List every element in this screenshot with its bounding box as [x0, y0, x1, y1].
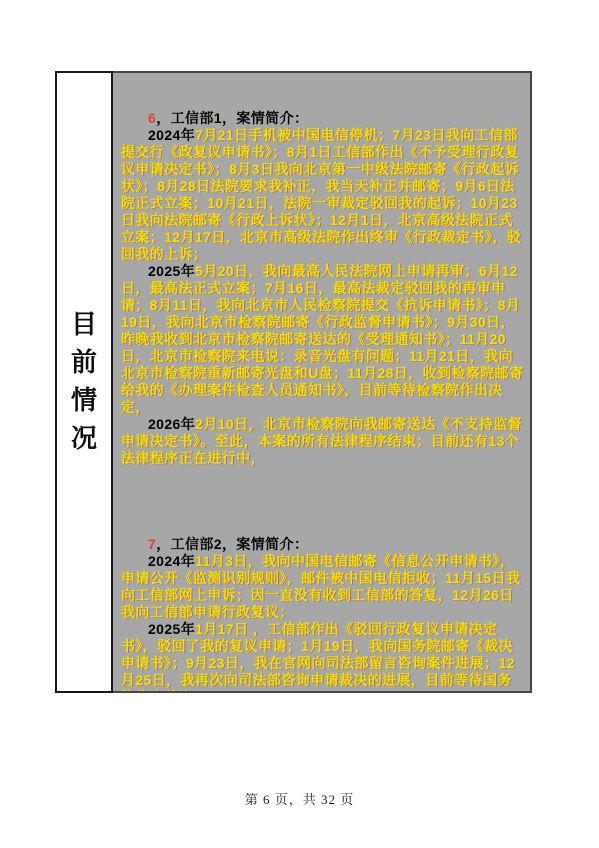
case-paragraph-2025: 2025年5月20日，我向最高人民法院网上申请再审；6月12日，最高法正式立案；… — [121, 263, 524, 416]
case-section-miit-1: 6，工信部1，案情简介： 2024年7月21日手机被中国电信停机；7月23日我向… — [121, 110, 524, 467]
section-title-text: ，工信部1，案情简介： — [156, 110, 308, 126]
section-title: 6，工信部1，案情简介： — [121, 110, 524, 127]
row-header-char: 情 — [71, 388, 97, 414]
year-label: 2026年 — [148, 416, 195, 432]
section-number: 6 — [148, 110, 156, 126]
case-paragraph-2024: 2024年11月3日，我向中国电信邮寄《信息公开申请书》，申请公开《监测识别规则… — [121, 553, 524, 621]
event-timeline-text: 5月20日，我向最高人民法院网上申请再审；6月12日，最高法正式立案；7月16日… — [121, 263, 523, 415]
page-number-footer: 第 6 页，共 32 页 — [0, 789, 599, 808]
event-timeline-text: 7月21日手机被中国电信停机；7月23日我向工信部提交行《政复议申请书》；8月1… — [121, 127, 521, 262]
case-paragraph-2024: 2024年7月21日手机被中国电信停机；7月23日我向工信部提交行《政复议申请书… — [121, 127, 524, 263]
row-header-label: 目 前 情 况 — [71, 312, 97, 452]
case-paragraph-2025: 2025年1月17日 ，工信部作出《驳回行政复议申请决定书》，驳回了我的复议申请… — [121, 621, 524, 693]
year-label: 2024年 — [148, 127, 195, 143]
row-header-char: 况 — [71, 426, 97, 452]
case-details-cell: 6，工信部1，案情简介： 2024年7月21日手机被中国电信停机；7月23日我向… — [113, 71, 532, 693]
year-label: 2024年 — [148, 553, 195, 569]
case-paragraph-2026: 2026年2月10日，北京市检察院向我邮寄送达《不支持监督申请决定书》。至此，本… — [121, 416, 524, 467]
case-status-table: 目 前 情 况 6，工信部1，案情简介： 2024年7月21日手机被中国电信停机… — [55, 71, 532, 693]
year-label: 2025年 — [148, 263, 195, 279]
row-header-char: 前 — [71, 350, 97, 376]
year-label: 2025年 — [148, 621, 195, 637]
section-number: 7 — [148, 536, 156, 552]
section-title-text: ，工信部2，案情简介： — [156, 536, 308, 552]
row-header-char: 目 — [71, 312, 97, 338]
row-header-cell: 目 前 情 况 — [55, 71, 113, 693]
case-section-miit-2: 7，工信部2，案情简介： 2024年11月3日，我向中国电信邮寄《信息公开申请书… — [121, 536, 524, 693]
section-title: 7，工信部2，案情简介： — [121, 536, 524, 553]
